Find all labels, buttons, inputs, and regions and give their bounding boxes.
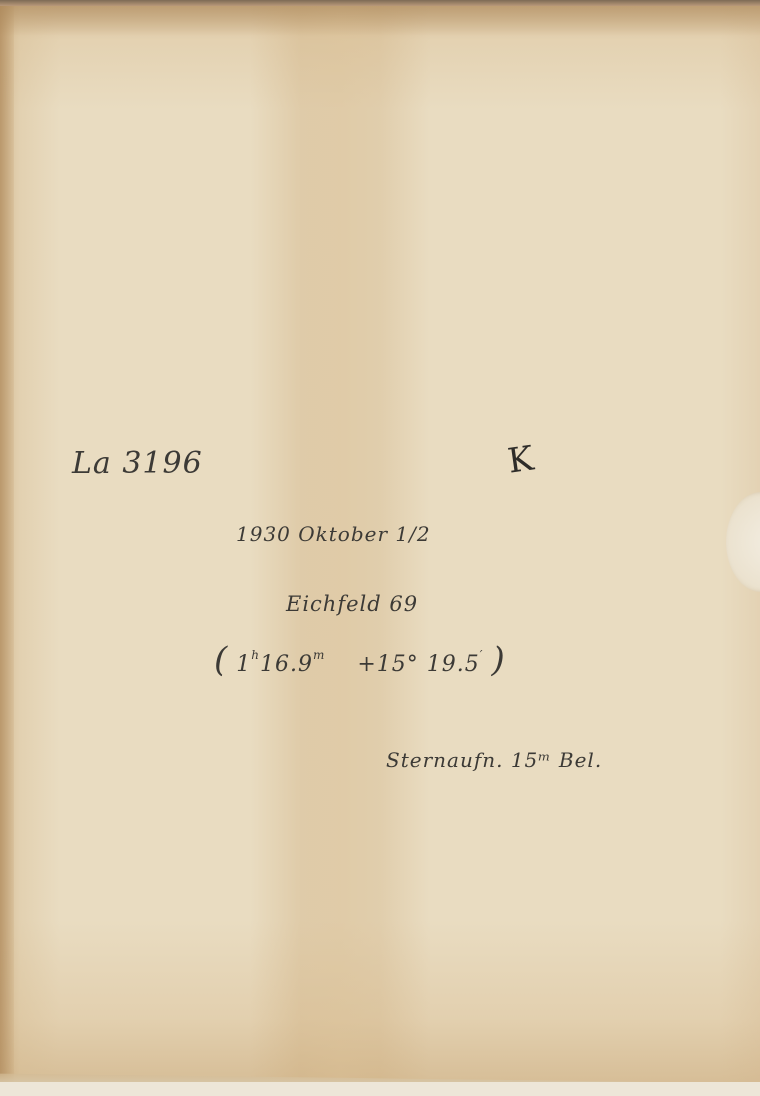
catalog-id: La 3196 xyxy=(72,446,203,481)
ra-hours-unit: h xyxy=(251,648,260,662)
exposure-note: Sternaufn. 15ᵐ Bel. xyxy=(386,748,602,772)
dec-minutes-unit: ′ xyxy=(480,648,484,662)
right-ascension-hours: 1 xyxy=(236,652,251,677)
ra-minutes-unit: m xyxy=(313,648,325,662)
coordinates-close-paren: ) xyxy=(492,640,506,680)
right-ascension-minutes: 16.9 xyxy=(260,652,313,677)
corner-mark: K xyxy=(505,438,537,481)
coordinates-open-paren: ( xyxy=(214,640,228,680)
envelope-sheet xyxy=(0,0,760,1096)
left-edge-stain xyxy=(0,0,14,1096)
observation-date: 1930 Oktober 1/2 xyxy=(236,522,431,546)
bottom-band xyxy=(0,1082,760,1096)
top-crease xyxy=(0,6,760,36)
declination-minutes: 19.5 xyxy=(427,652,480,677)
declination-degrees: +15° xyxy=(357,652,418,677)
coordinates: ( 1h16.9m +15° 19.5′ ) xyxy=(214,640,506,680)
field-name: Eichfeld 69 xyxy=(286,592,418,616)
